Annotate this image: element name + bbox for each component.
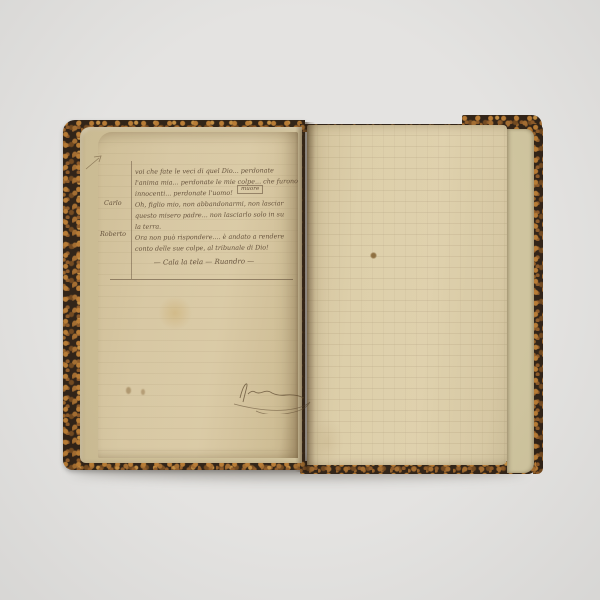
book-cover-right-edge <box>533 124 543 474</box>
dialogue-line: innocenti... perdonate l'uomo! <box>135 188 295 198</box>
stage-direction-box: muore <box>237 185 263 194</box>
dialogue-line: questo misero padre... non lasciarlo sol… <box>135 210 295 220</box>
stain <box>310 418 344 466</box>
stain <box>141 389 145 395</box>
end-rule-horizontal <box>110 279 293 280</box>
pencil-mark-flourish <box>84 153 108 173</box>
dialogue-line: l'anima mia... perdonate le mie colpe...… <box>135 177 295 187</box>
dialogue-line: Ora non può rispondere.... è andato a re… <box>135 232 295 242</box>
book-gutter-shadow <box>295 122 315 472</box>
stain <box>126 387 131 394</box>
dialogue-line: conto delle sue colpe, al tribunale di D… <box>135 243 295 253</box>
speaker-label: Carlo <box>104 199 122 207</box>
stain <box>370 252 377 259</box>
stain <box>158 296 192 330</box>
right-page <box>307 125 507 465</box>
dialogue-line: Oh, figlio mio, non abbandonarmi, non la… <box>135 199 295 209</box>
speaker-label: Roberto <box>100 230 126 238</box>
photograph-background: Carlo Roberto voi che fate le veci di qu… <box>0 0 600 600</box>
right-fore-edge-pages <box>507 129 534 473</box>
dialogue-line: voi che fate le veci di quel Dio... perd… <box>135 166 295 176</box>
dialogue-line: la terra. <box>135 221 295 231</box>
